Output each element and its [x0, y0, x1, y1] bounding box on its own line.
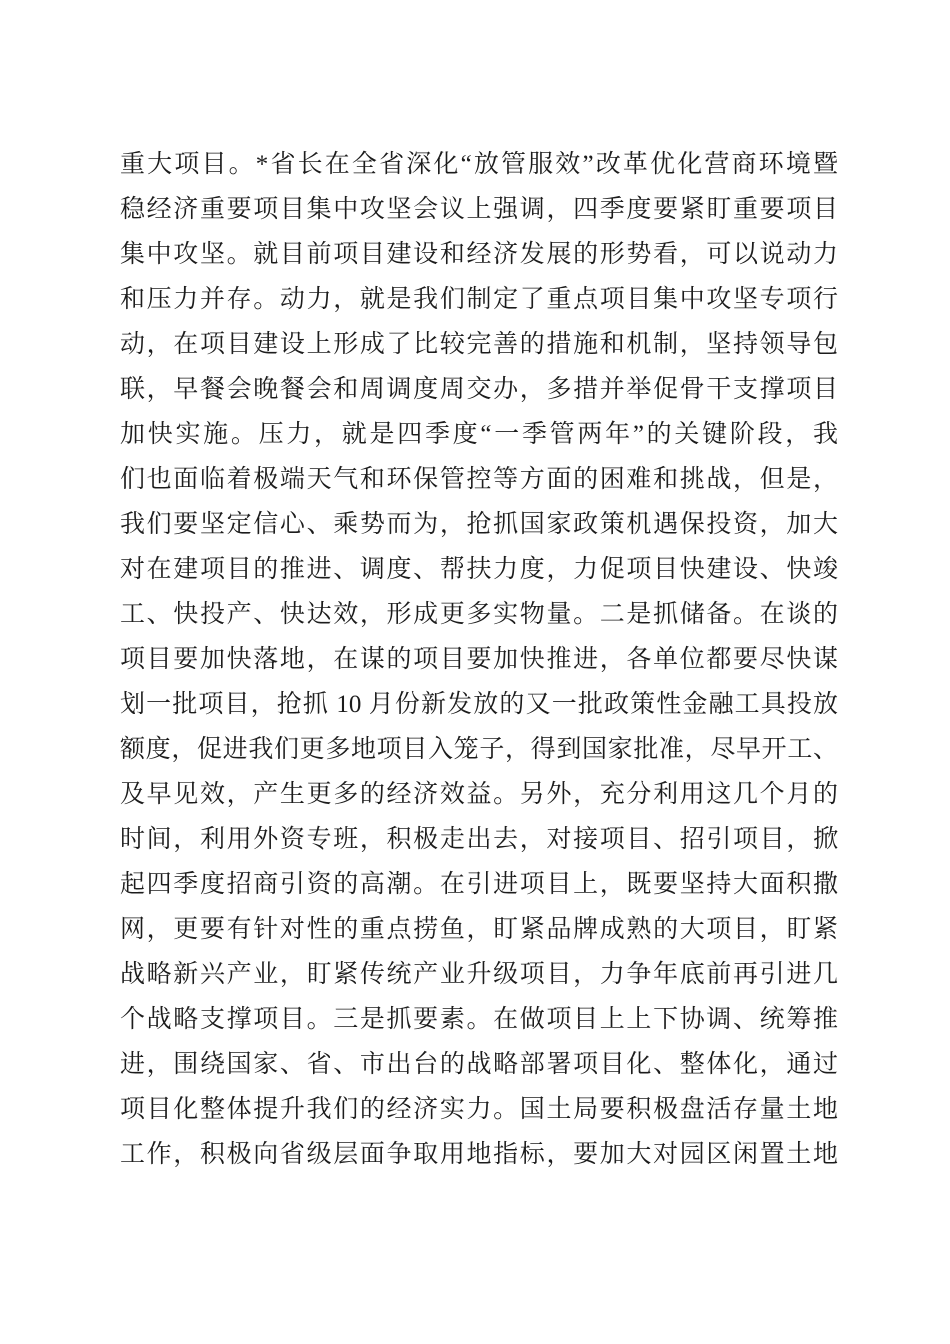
- text-line: 网，更要有针对性的重点捞鱼，盯紧品牌成熟的大项目，盯紧: [120, 907, 838, 952]
- text-line: 集中攻坚。就目前项目建设和经济发展的形势看，可以说动力: [120, 232, 838, 277]
- document-page: 重大项目。*省长在全省深化“放管服效”改革优化营商环境暨 稳经济重要项目集中攻坚…: [0, 0, 950, 1344]
- text-line: 进，围绕国家、省、市出台的战略部署项目化、整体化，通过: [120, 1042, 838, 1087]
- text-line: 我们要坚定信心、乘势而为，抢抓国家政策机遇保投资，加大: [120, 502, 838, 547]
- text-line: 划一批项目，抢抓 10 月份新发放的又一批政策性金融工具投放: [120, 682, 838, 727]
- text-line: 对在建项目的推进、调度、帮扶力度，力促项目快建设、快竣: [120, 547, 838, 592]
- text-line: 们也面临着极端天气和环保管控等方面的困难和挑战，但是，: [120, 457, 838, 502]
- text-line: 项目化整体提升我们的经济实力。国土局要积极盘活存量土地: [120, 1087, 838, 1132]
- text-line: 及早见效，产生更多的经济效益。另外，充分利用这几个月的: [120, 772, 838, 817]
- text-line: 个战略支撑项目。三是抓要素。在做项目上上下协调、统筹推: [120, 997, 838, 1042]
- text-line: 稳经济重要项目集中攻坚会议上强调，四季度要紧盯重要项目: [120, 187, 838, 232]
- text-line: 重大项目。*省长在全省深化“放管服效”改革优化营商环境暨: [120, 142, 838, 187]
- text-line: 额度，促进我们更多地项目入笼子，得到国家批准，尽早开工、: [120, 727, 838, 772]
- text-line: 工作，积极向省级层面争取用地指标，要加大对园区闲置土地: [120, 1132, 838, 1177]
- document-text-block: 重大项目。*省长在全省深化“放管服效”改革优化营商环境暨 稳经济重要项目集中攻坚…: [120, 142, 838, 1177]
- text-line: 战略新兴产业，盯紧传统产业升级项目，力争年底前再引进几: [120, 952, 838, 997]
- text-line: 工、快投产、快达效，形成更多实物量。二是抓储备。在谈的: [120, 592, 838, 637]
- text-line: 项目要加快落地，在谋的项目要加快推进，各单位都要尽快谋: [120, 637, 838, 682]
- text-line: 起四季度招商引资的高潮。在引进项目上，既要坚持大面积撒: [120, 862, 838, 907]
- text-line: 和压力并存。动力，就是我们制定了重点项目集中攻坚专项行: [120, 277, 838, 322]
- text-line: 加快实施。压力，就是四季度“一季管两年”的关键阶段，我: [120, 412, 838, 457]
- text-line: 时间，利用外资专班，积极走出去，对接项目、招引项目，掀: [120, 817, 838, 862]
- text-line: 动，在项目建设上形成了比较完善的措施和机制，坚持领导包: [120, 322, 838, 367]
- text-line: 联，早餐会晚餐会和周调度周交办，多措并举促骨干支撑项目: [120, 367, 838, 412]
- document-body: { "page": { "background": "#ffffff", "te…: [0, 0, 950, 1344]
